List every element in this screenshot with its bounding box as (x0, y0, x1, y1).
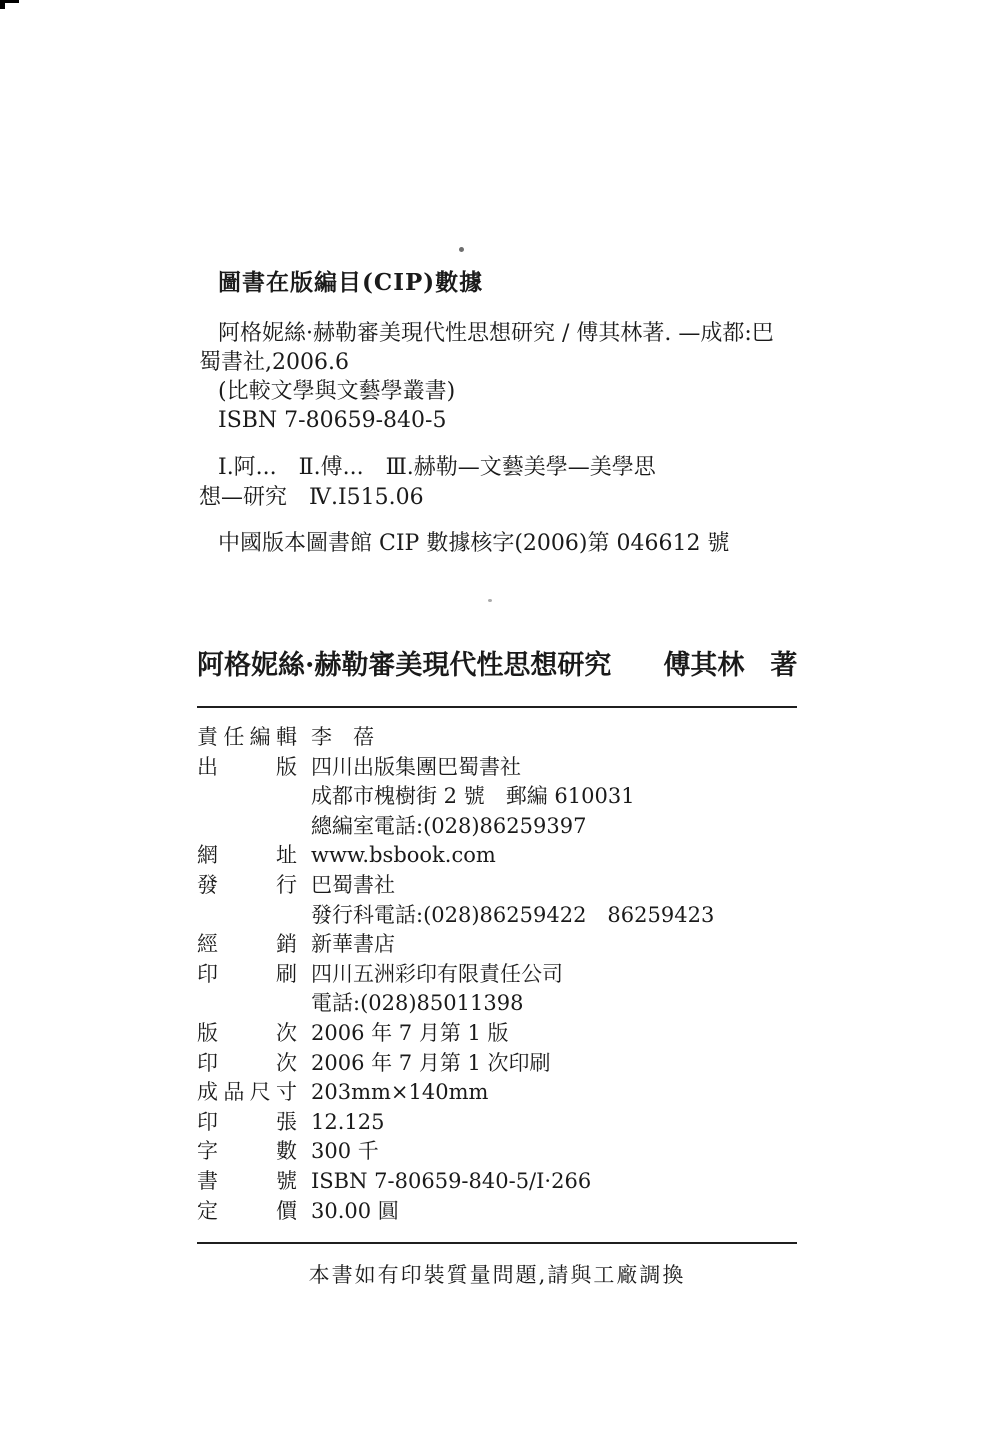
colophon-row: 版次2006 年 7 月第 1 版 (197, 1019, 837, 1049)
colophon-line: 新華書店 (311, 930, 837, 960)
colophon-label: 責任編輯 (197, 723, 297, 753)
colophon-line: 300 千 (311, 1137, 837, 1167)
colophon-label-char: 責 (197, 723, 218, 753)
colophon-row: 書號ISBN 7-80659-840-5/I·266 (197, 1167, 837, 1197)
colophon-value: 12.125 (311, 1108, 837, 1138)
colophon-value: 2006 年 7 月第 1 次印刷 (311, 1049, 837, 1079)
colophon-label: 書號 (197, 1167, 297, 1197)
colophon-value: 30.00 圓 (311, 1197, 837, 1227)
colophon-line: 2006 年 7 月第 1 次印刷 (311, 1049, 837, 1079)
colophon-line: 成都市槐樹街 2 號 郵編 610031 (311, 782, 837, 812)
cip-classification-line2: 想—研究 Ⅳ.I515.06 (199, 483, 847, 513)
book-title-line: 阿格妮絲·赫勒審美現代性思想研究傅其林著 (197, 648, 837, 684)
colophon-row: 發行巴蜀書社發行科電話:(028)86259422 86259423 (197, 871, 837, 930)
cip-classification: Ⅰ.阿... Ⅱ.傅... Ⅲ.赫勒—文藝美學—美學思 想—研究 Ⅳ.I515.… (199, 453, 847, 513)
cip-data-block: 圖書在版編目(CIP)數據 阿格妮絲·赫勒審美現代性思想研究 / 傅其林著. —… (199, 264, 847, 559)
colophon-label-char: 印 (197, 1108, 218, 1138)
colophon-row: 網址www.bsbook.com (197, 841, 837, 871)
book-author: 傅其林 (663, 650, 744, 681)
colophon-label: 印張 (197, 1108, 297, 1138)
colophon-value: 2006 年 7 月第 1 版 (311, 1019, 837, 1049)
colophon-row: 責任編輯李 蓓 (197, 723, 837, 753)
colophon-row: 印次2006 年 7 月第 1 次印刷 (197, 1049, 837, 1079)
colophon-label-char: 印 (197, 960, 218, 990)
colophon-label-char: 銷 (276, 930, 297, 960)
colophon-label-char: 價 (276, 1197, 297, 1227)
footer-note: 本書如有印裝質量問題,請與工廠調換 (197, 1260, 797, 1290)
colophon-label: 印次 (197, 1049, 297, 1079)
colophon-line: www.bsbook.com (311, 841, 837, 871)
cip-entry-line1: 阿格妮絲·赫勒審美現代性思想研究 / 傅其林著. —成都:巴 (199, 319, 847, 348)
divider-rule-top (197, 706, 797, 708)
colophon-row: 印張12.125 (197, 1108, 837, 1138)
cip-entry-line2: 蜀書社,2006.6 (199, 348, 847, 377)
colophon-label-char: 版 (197, 1019, 218, 1049)
colophon-line: 四川出版集團巴蜀書社 (311, 753, 837, 783)
colophon-label-char: 次 (276, 1049, 297, 1079)
colophon-label-char: 編 (250, 723, 271, 753)
colophon-line: 203mm×140mm (311, 1078, 837, 1108)
colophon-value: 203mm×140mm (311, 1078, 837, 1108)
colophon-label-char: 網 (197, 841, 218, 871)
colophon-label: 定價 (197, 1197, 297, 1227)
colophon-label-char: 印 (197, 1049, 218, 1079)
colophon-row: 印刷四川五洲彩印有限責任公司電話:(028)85011398 (197, 960, 837, 1019)
book-copyright-page: 圖書在版編目(CIP)數據 阿格妮絲·赫勒審美現代性思想研究 / 傅其林著. —… (0, 0, 982, 1437)
book-title: 阿格妮絲·赫勒審美現代性思想研究 (197, 650, 611, 681)
colophon-label-char: 尺 (250, 1078, 271, 1108)
colophon-value: 李 蓓 (311, 723, 837, 753)
scan-artifact-speck (459, 247, 464, 252)
colophon-label-char: 定 (197, 1197, 218, 1227)
colophon-label-char: 刷 (276, 960, 297, 990)
colophon-value: 新華書店 (311, 930, 837, 960)
colophon-line: 12.125 (311, 1108, 837, 1138)
colophon-table: 責任編輯李 蓓出版四川出版集團巴蜀書社成都市槐樹街 2 號 郵編 610031總… (197, 723, 837, 1226)
colophon-label: 版次 (197, 1019, 297, 1049)
colophon-label-char: 張 (276, 1108, 297, 1138)
colophon-line: 總編室電話:(028)86259397 (311, 812, 837, 842)
colophon-label: 網址 (197, 841, 297, 871)
cip-header: 圖書在版編目(CIP)數據 (218, 264, 847, 297)
colophon-label-char: 號 (276, 1167, 297, 1197)
scan-artifact-corner (0, 0, 5, 9)
colophon-label-char: 行 (276, 871, 297, 901)
colophon-row: 經銷新華書店 (197, 930, 837, 960)
colophon-label: 經銷 (197, 930, 297, 960)
colophon-row: 字數300 千 (197, 1137, 837, 1167)
divider-rule-bottom (197, 1242, 797, 1244)
colophon-label-char: 數 (276, 1137, 297, 1167)
cip-classification-line1: Ⅰ.阿... Ⅱ.傅... Ⅲ.赫勒—文藝美學—美學思 (199, 453, 847, 483)
colophon-label-char: 字 (197, 1137, 218, 1167)
colophon-label-char: 址 (276, 841, 297, 871)
colophon-row: 出版四川出版集團巴蜀書社成都市槐樹街 2 號 郵編 610031總編室電話:(0… (197, 753, 837, 842)
colophon-line: 電話:(028)85011398 (311, 989, 837, 1019)
colophon-label: 印刷 (197, 960, 297, 990)
author-role: 著 (770, 650, 797, 681)
colophon-label: 出版 (197, 753, 297, 783)
colophon-row: 定價30.00 圓 (197, 1197, 837, 1227)
colophon-label-char: 書 (197, 1167, 218, 1197)
colophon-line: 2006 年 7 月第 1 版 (311, 1019, 837, 1049)
colophon-value: www.bsbook.com (311, 841, 837, 871)
colophon-line: 30.00 圓 (311, 1197, 837, 1227)
colophon-line: 四川五洲彩印有限責任公司 (311, 960, 837, 990)
colophon-row: 成品尺寸203mm×140mm (197, 1078, 837, 1108)
colophon-label: 成品尺寸 (197, 1078, 297, 1108)
cip-series-note: (比較文學與文藝學叢書) (199, 377, 847, 406)
cip-isbn: ISBN 7-80659-840-5 (199, 406, 847, 435)
colophon-label: 字數 (197, 1137, 297, 1167)
colophon-value: 四川出版集團巴蜀書社成都市槐樹街 2 號 郵編 610031總編室電話:(028… (311, 753, 837, 842)
colophon-value: 巴蜀書社發行科電話:(028)86259422 86259423 (311, 871, 837, 930)
colophon-label-char: 經 (197, 930, 218, 960)
colophon-line: 巴蜀書社 (311, 871, 837, 901)
colophon-label-char: 任 (223, 723, 244, 753)
colophon-value: 300 千 (311, 1137, 837, 1167)
colophon-label: 發行 (197, 871, 297, 901)
colophon-line: 發行科電話:(028)86259422 86259423 (311, 901, 837, 931)
cip-record-number: 中國版本圖書館 CIP 數據核字(2006)第 046612 號 (199, 529, 847, 559)
colophon-line: 李 蓓 (311, 723, 837, 753)
colophon-label-char: 次 (276, 1019, 297, 1049)
colophon-label-char: 發 (197, 871, 218, 901)
cip-entry: 阿格妮絲·赫勒審美現代性思想研究 / 傅其林著. —成都:巴 蜀書社,2006.… (199, 319, 847, 435)
colophon-label-char: 寸 (276, 1078, 297, 1108)
colophon-label-char: 成 (197, 1078, 218, 1108)
colophon-label-char: 品 (223, 1078, 244, 1108)
colophon-value: 四川五洲彩印有限責任公司電話:(028)85011398 (311, 960, 837, 1019)
colophon-label-char: 出 (197, 753, 218, 783)
colophon-value: ISBN 7-80659-840-5/I·266 (311, 1167, 837, 1197)
colophon-label-char: 輯 (276, 723, 297, 753)
scan-artifact-speck (488, 599, 492, 602)
colophon-label-char: 版 (276, 753, 297, 783)
colophon-line: ISBN 7-80659-840-5/I·266 (311, 1167, 837, 1197)
